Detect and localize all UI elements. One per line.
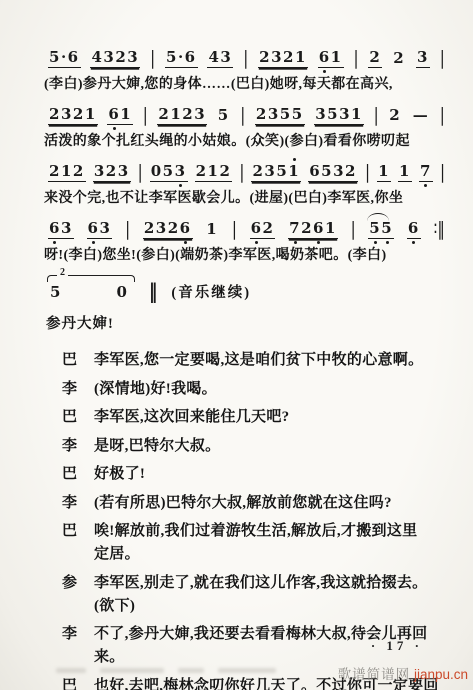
dialogue-text: (深情地)好!我喝。	[94, 378, 444, 401]
speaker-label: 李	[62, 623, 94, 669]
octave-dot-below	[53, 241, 56, 244]
music-note: 3531	[314, 107, 364, 125]
music-note: 1	[205, 222, 219, 239]
octave-dot-below	[386, 241, 389, 244]
dialogue-line: 好极了!	[94, 463, 444, 486]
scanned-score-page: 5·64323|5·64 3|23216 1|223| (李白)参丹大婶,您的身…	[0, 0, 473, 690]
octave-dot-below	[255, 241, 258, 244]
barline: |	[365, 163, 370, 184]
music-note: 2351	[251, 164, 301, 182]
music-note: 0 5 3	[150, 164, 188, 182]
dialogue-text: 李军医,别走了,就在我们这儿作客,我这就拾掇去。(欲下)	[94, 572, 444, 618]
music-note: 323	[93, 164, 131, 182]
music-note: 6 3	[48, 221, 74, 239]
barline: |	[351, 220, 356, 241]
barline: |	[232, 220, 237, 241]
octave-dot-below	[323, 70, 326, 73]
dialogue-text: 李军医,您一定要喝,这是咱们贫下中牧的心意啊。	[94, 349, 444, 372]
music-note: 5	[217, 108, 231, 125]
music-note: 2	[392, 51, 406, 68]
octave-dot-below	[92, 241, 95, 244]
dialogue-row: 李 (深情地)好!我喝。	[62, 378, 444, 401]
music-note: 0	[116, 283, 126, 301]
dialogue-text: 李军医,这次回来能住几天吧?	[94, 406, 444, 429]
dialogue-row: 巴 好极了!	[62, 463, 444, 486]
music-note: 2 1 2	[48, 164, 86, 182]
barline: |	[138, 163, 143, 184]
music-note: 5 5	[368, 221, 394, 239]
music-note: 2123	[157, 107, 207, 125]
barline: |	[353, 49, 358, 70]
music-note: 6532	[308, 164, 358, 182]
score-system: 5·64323|5·64 3|23216 1|223| (李白)参丹大婶,您的身…	[44, 40, 447, 95]
repeat-barline: ∶‖	[433, 220, 444, 241]
watermark-site-name: 歌谱简谱网	[338, 667, 411, 682]
barline: |	[243, 49, 248, 70]
dialogue-line: 李军医,这次回来能住几天吧?	[94, 406, 444, 429]
page-number: · 17 ·	[371, 638, 423, 654]
music-note: 6 2	[250, 221, 276, 239]
speaker-label: 巴	[62, 675, 94, 690]
barline: |	[374, 106, 379, 127]
speaker-label: 李	[62, 492, 94, 515]
music-note: 5	[50, 283, 60, 301]
dialogue-text: 是呀,巴特尔大叔。	[94, 435, 444, 458]
barline: |	[150, 49, 155, 70]
tail-lyric: 参丹大婶!	[46, 312, 447, 333]
octave-dot-below	[294, 241, 297, 244]
octave-dot-below	[317, 241, 320, 244]
lyric-line: 来没个完,也不让李军医歇会儿。(进屋)(巴白)李军医,你坐	[44, 189, 447, 209]
octave-dot-below	[412, 241, 415, 244]
music-note: 2355	[255, 107, 305, 125]
speaker-label: 参	[62, 572, 94, 618]
octave-dot-below	[424, 184, 427, 187]
dialogue-text: (若有所思)巴特尔大叔,解放前您就在这住吗?	[94, 492, 444, 515]
music-note: 2326	[143, 221, 193, 239]
speaker-label: 巴	[62, 463, 94, 486]
music-note: 7261	[288, 221, 338, 239]
music-note: 7	[419, 164, 433, 182]
music-note: 2321	[258, 50, 308, 68]
dialogue-line: 李军医,您一定要喝,这是咱们贫下中牧的心意啊。	[94, 349, 444, 372]
coda-row: 2 5 0 ‖ (音乐继续)	[50, 272, 447, 302]
music-note: 6 1	[107, 107, 133, 125]
watermark-site-url: jianpu.cn	[414, 667, 468, 682]
score-section: 5·64323|5·64 3|23216 1|223| (李白)参丹大婶,您的身…	[44, 40, 447, 333]
speaker-label: 巴	[62, 406, 94, 429]
barline: |	[125, 220, 130, 241]
speaker-label: 巴	[62, 520, 94, 566]
octave-dot-below	[179, 184, 182, 187]
barline: |	[440, 49, 445, 70]
double-barline: ‖	[149, 280, 158, 304]
dialogue-line: (欲下)	[94, 595, 444, 618]
dialogue-line: 唉!解放前,我们过着游牧生活,解放后,才搬到这里	[94, 520, 444, 543]
barline: |	[440, 106, 445, 127]
notes-row: 5·64323|5·64 3|23216 1|223|	[44, 40, 447, 75]
barline: |	[143, 106, 148, 127]
dialogue-text: 好极了!	[94, 463, 444, 486]
music-note: 6	[407, 221, 421, 239]
music-note: 5·6	[48, 50, 81, 68]
octave-dot-above	[293, 158, 296, 161]
music-note: 1	[398, 164, 412, 182]
notes-row: 2 1 2323|0 5 321 2|23516532|117|	[44, 154, 447, 189]
lyric-line: 活泼的象个扎红头绳的小姑娘。(众笑)(参白)看看你唠叨起	[44, 132, 447, 152]
music-note: 2321	[48, 107, 98, 125]
notes-row: 6 36 3|23261|6 27261|5 56∶‖	[44, 211, 447, 246]
music-note: 4323	[90, 50, 140, 68]
music-note: 21 2	[195, 164, 233, 182]
music-note: 6 1	[318, 50, 344, 68]
dialogue-line: 是呀,巴特尔大叔。	[94, 435, 444, 458]
octave-dot-below	[374, 241, 377, 244]
dialogue-line: (若有所思)巴特尔大叔,解放前您就在这住吗?	[94, 492, 444, 515]
octave-dot-below	[113, 127, 116, 130]
music-note: 4 3	[207, 50, 233, 68]
music-note: 2	[388, 108, 402, 125]
score-systems: 5·64323|5·64 3|23216 1|223| (李白)参丹大婶,您的身…	[44, 40, 447, 266]
dialogue-row: 参 李军医,别走了,就在我们这儿作客,我这就拾掇去。(欲下)	[62, 572, 444, 618]
octave-dot-below	[184, 241, 187, 244]
music-note: 1	[377, 164, 391, 182]
dialogue-row: 巴 李军医,这次回来能住几天吧?	[62, 406, 444, 429]
watermark: 歌谱简谱网 jianpu.cn	[338, 663, 468, 683]
barline: |	[240, 106, 245, 127]
score-system: 6 36 3|23261|6 27261|5 56∶‖ 呀!(李白)您坐!(参白…	[44, 211, 447, 266]
dialogue-line: (深情地)好!我喝。	[94, 378, 444, 401]
coda-notes: 2 5 0	[50, 274, 127, 302]
dialogue-row: 巴 李军医,您一定要喝,这是咱们贫下中牧的心意啊。	[62, 349, 444, 372]
barline: |	[440, 163, 445, 184]
tuplet-bracket: 2	[47, 275, 135, 282]
tuplet-number: 2	[57, 268, 68, 278]
speaker-label: 巴	[62, 349, 94, 372]
music-note: 5·6	[165, 50, 198, 68]
notes-row: 23216 1|21235|23553531|2—|	[44, 97, 447, 132]
music-continue-label: (音乐继续)	[171, 281, 251, 302]
music-note: 3	[416, 50, 430, 68]
music-note: 6 3	[87, 221, 113, 239]
lyric-line: 呀!(李白)您坐!(参白)(端奶茶)李军医,喝奶茶吧。(李白)	[44, 246, 447, 266]
barline: |	[239, 163, 244, 184]
speaker-label: 李	[62, 378, 94, 401]
dialogue-row: 巴 唉!解放前,我们过着游牧生活,解放后,才搬到这里定居。	[62, 520, 444, 566]
speaker-label: 李	[62, 435, 94, 458]
music-note: 2	[368, 50, 382, 68]
dialogue-line: 定居。	[94, 543, 444, 566]
dialogue-text: 唉!解放前,我们过着游牧生活,解放后,才搬到这里定居。	[94, 520, 444, 566]
dialogue-line: 李军医,别走了,就在我们这儿作客,我这就拾掇去。	[94, 572, 444, 595]
faint-print-artifact	[56, 668, 286, 676]
dialogue-row: 李 (若有所思)巴特尔大叔,解放前您就在这住吗?	[62, 492, 444, 515]
lyric-line: (李白)参丹大婶,您的身体……(巴白)她呀,每天都在高兴,	[44, 75, 447, 95]
score-system: 23216 1|21235|23553531|2—| 活泼的象个扎红头绳的小姑娘…	[44, 97, 447, 152]
dialogue-row: 李 是呀,巴特尔大叔。	[62, 435, 444, 458]
music-note: —	[412, 108, 431, 125]
score-system: 2 1 2323|0 5 321 2|23516532|117| 来没个完,也不…	[44, 154, 447, 209]
